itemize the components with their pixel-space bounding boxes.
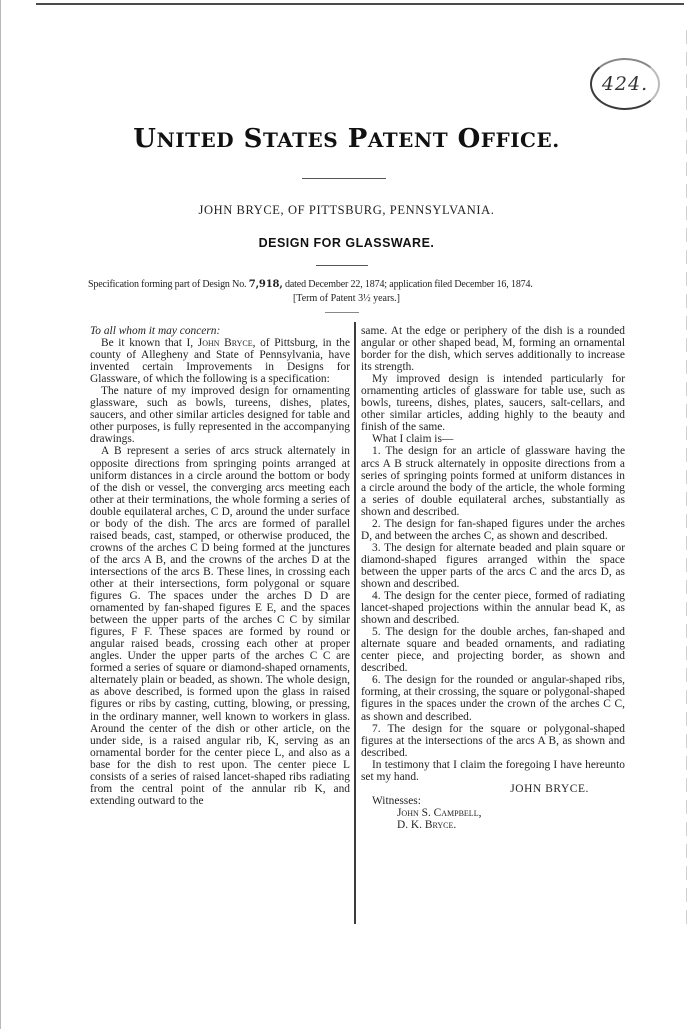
title-word: TATES (263, 128, 338, 152)
spec-prefix: Specification forming part of Design No. (88, 279, 249, 290)
patent-term: [Term of Patent 3½ years.] (0, 293, 693, 304)
office-title: UNITED STATES PATENT OFFICE. (0, 124, 693, 154)
title-initial: P (348, 124, 368, 154)
title-word: FFICE. (481, 128, 560, 152)
purpose-paragraph: My improved design is intended particula… (361, 373, 625, 433)
witness-1: John S. Campbell, (361, 807, 625, 819)
nature-paragraph: The nature of my improved design for orn… (90, 385, 350, 445)
stamp-number: 424. (602, 73, 648, 95)
claim-3: 3. The design for alternate beaded and p… (361, 542, 625, 590)
design-number: 7,918, (249, 279, 283, 290)
top-rule (36, 3, 684, 5)
specification-line: Specification forming part of Design No.… (88, 279, 688, 290)
claim-5: 5. The design for the double arches, fan… (361, 626, 625, 674)
inventor-line: JOHN BRYCE, OF PITTSBURG, PENNSYLVANIA. (0, 203, 693, 218)
claim-7: 7. The design for the square or polygona… (361, 723, 625, 759)
title-rule (302, 178, 386, 179)
intro-text: Be it known that I, (101, 337, 198, 349)
intro-paragraph: Be it known that I, John Bryce, of Pitts… (90, 337, 350, 385)
design-title-rule (316, 265, 368, 266)
title-word: ATENT (368, 128, 448, 152)
testimony: In testimony that I claim the foregoing … (361, 759, 625, 783)
continuation-paragraph: same. At the edge or periphery of the di… (361, 325, 625, 373)
inventor-name: John Bryce (198, 337, 253, 349)
title-word: NITED (156, 128, 234, 152)
claim-6: 6. The design for the rounded or angular… (361, 674, 625, 722)
title-initial: O (458, 124, 481, 154)
spec-rule (325, 312, 359, 313)
page-number-stamp: 424. (590, 58, 660, 110)
page-right-edge (686, 30, 687, 930)
witnesses-label: Witnesses: (361, 795, 625, 807)
witness-2: D. K. Bryce. (361, 819, 625, 831)
description-paragraph: A B represent a series of arcs struck al… (90, 445, 350, 806)
spec-suffix: dated December 22, 1874; application fil… (283, 279, 533, 290)
claim-4: 4. The design for the center piece, form… (361, 590, 625, 626)
right-column: same. At the edge or periphery of the di… (361, 325, 625, 831)
title-initial: U (133, 124, 156, 154)
page-left-edge (0, 0, 1, 1029)
design-title: DESIGN FOR GLASSWARE. (0, 236, 693, 250)
signature: JOHN BRYCE. (361, 783, 625, 795)
title-initial: S (244, 124, 263, 154)
left-column: To all whom it may concern: Be it known … (90, 325, 350, 807)
column-divider (354, 322, 356, 924)
claim-1: 1. The design for an article of glasswar… (361, 445, 625, 517)
claim-2: 2. The design for fan-shaped figures und… (361, 518, 625, 542)
salutation: To all whom it may concern: (90, 325, 350, 337)
claim-intro: What I claim is— (361, 433, 625, 445)
